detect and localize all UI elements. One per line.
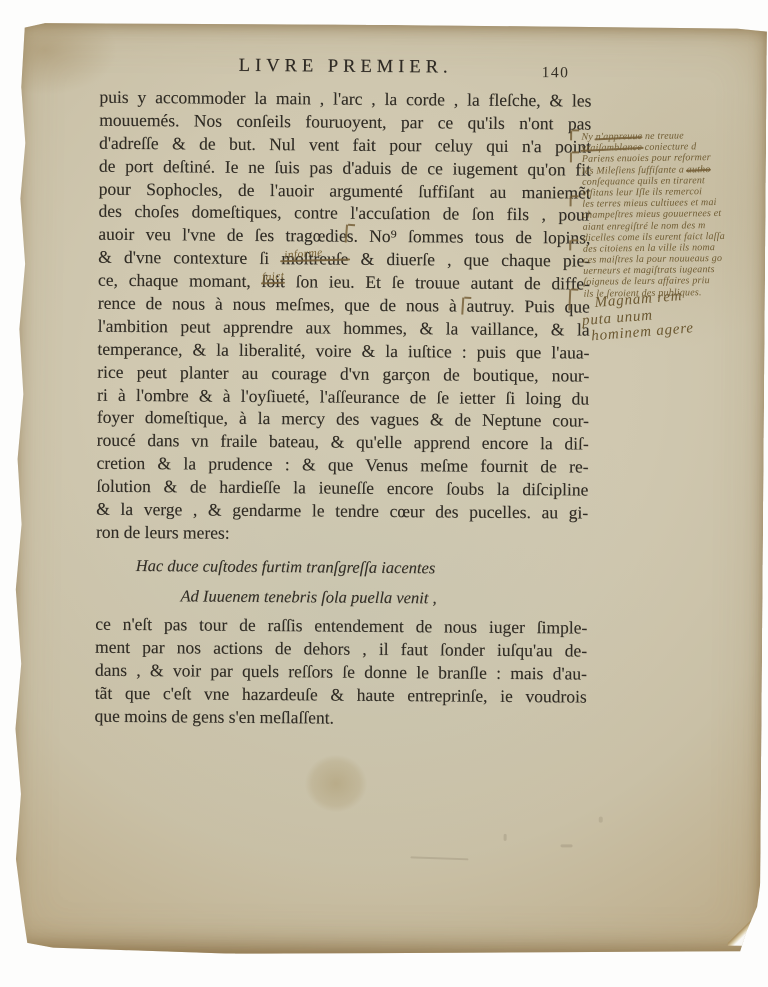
paper-speck (504, 834, 507, 841)
text-line: tãt que c'eſt vne hazardeuſe & haute ent… (95, 681, 587, 708)
text-segment: & d'vne contexture ſi (98, 247, 281, 268)
text-line: dans , & voir par quels reſſors ſe donne… (95, 658, 587, 685)
page-number: 140 (542, 64, 570, 82)
text-segment: ne treuue (642, 130, 684, 142)
text-segment: ce, chaque momant, (98, 270, 262, 291)
body-text: puis y accommoder la main , l'arc , la c… (96, 86, 592, 548)
latin-verses: Hac duce cuſtodes furtim tranſgreſſa iac… (95, 551, 587, 615)
struck-text: moſtreuſeinforme (281, 248, 348, 269)
text-segment: coniecture d (642, 141, 697, 153)
verse-line: Ad Iuuenem tenebris ſola puella venit , (180, 581, 587, 614)
ink-stain (296, 746, 377, 821)
struck-text: autho (687, 164, 711, 175)
verse-line: Hac duce cuſtodes furtim tranſgreſſa iac… (136, 551, 588, 585)
text-line: que moins de gens s'en meſlaſſent. (94, 704, 586, 731)
book-page: LIVRE PREMIER. 140 puis y accommoder la … (8, 22, 767, 958)
struck-text: vraiſamblance (582, 142, 643, 154)
text-segment: Ny (581, 132, 595, 143)
paper-speck (561, 844, 573, 847)
paper-speck (410, 856, 468, 860)
text-segment: les Mileſiens ſuffiſante a (582, 164, 687, 176)
paper-speck (599, 817, 603, 823)
pen-bracket-mark (570, 130, 572, 140)
corner-fold (728, 920, 754, 946)
text-line: de port deſtiné. Ie ne ſuis pas d'aduis … (99, 154, 591, 181)
pen-bracket-mark (569, 240, 571, 250)
text-line: ron de leurs meres: (96, 521, 588, 548)
body-text-paragraph-2: ce n'eſt pas tour de raſſis entendement … (94, 613, 587, 731)
text-line: temperance, & la liberalité, voire & la … (97, 337, 589, 364)
handwritten-correction: faict (262, 271, 285, 284)
handwritten-correction: informe (284, 248, 323, 262)
photo-background: LIVRE PREMIER. 140 puis y accommoder la … (0, 0, 768, 987)
text-segment: & diuerſe , que chaque pie- (348, 249, 590, 271)
pen-bracket-mark (570, 196, 572, 206)
text-segment: ſon ieu. Et ſe trouue autant de diffe- (285, 271, 590, 293)
struck-text: ſoitfaict (261, 271, 285, 291)
running-header: LIVRE PREMIER. (100, 55, 592, 85)
text-line: rice peut planter au courage d'vn garçon… (97, 360, 589, 387)
pen-bracket-mark (570, 152, 572, 162)
handwritten-margin-note: Ny n'appreuue ne treuuevraiſamblance con… (581, 129, 768, 300)
struck-text: n'appreuue (596, 131, 643, 143)
text-line: d'adreſſe & de but. Nul vent fait pour c… (99, 131, 591, 158)
page-title: LIVRE PREMIER. (100, 55, 592, 80)
